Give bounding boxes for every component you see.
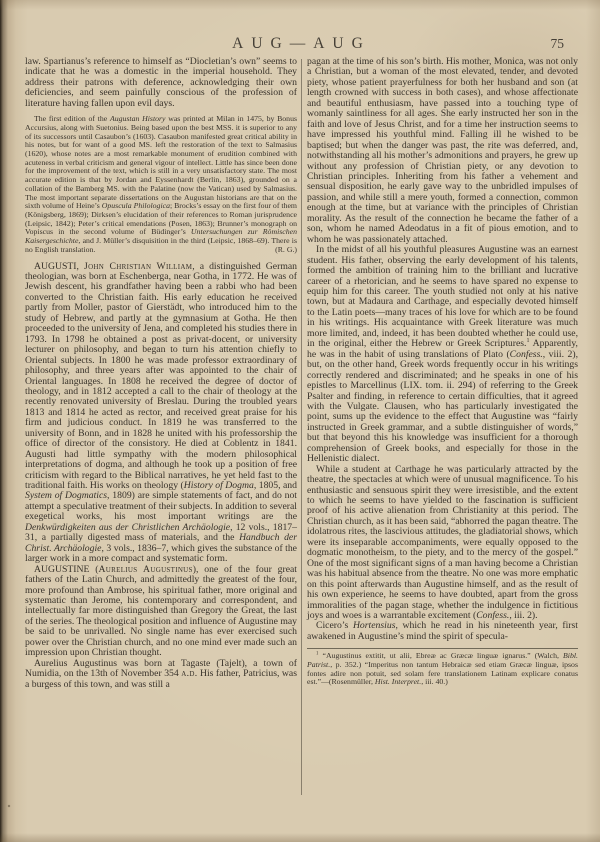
- encyclopedia-page: AUG—AUG 75 law. Spartianus’s reference t…: [0, 0, 600, 842]
- theatre-paragraph: While a student at Carthage he was parti…: [307, 465, 578, 622]
- augustine-entry-paragraph: AUGUSTINE (Aurelius Augustinus), one of …: [25, 565, 297, 659]
- augustan-history-bibliography-paragraph: The first edition of the Augustan Histor…: [25, 115, 297, 254]
- footnote-paragraph: 1 “Augustinus extitit, ut alii, Ebreæ ac…: [307, 652, 578, 687]
- monica-paragraph: pagan at the time of his son’s birth. Hi…: [307, 57, 578, 245]
- augustine-birth-paragraph: Aurelius Augustinus was born at Tagaste …: [25, 659, 297, 690]
- left-column: law. Spartianus’s reference to himself a…: [25, 57, 297, 690]
- hortensius-paragraph: Cicero’s Hortensius, which he read in hi…: [307, 621, 578, 642]
- running-head: AUG—AUG 75: [25, 35, 578, 55]
- page-header-title: AUG—AUG: [25, 35, 578, 53]
- augustan-history-continuation-paragraph: law. Spartianus’s reference to himself a…: [25, 57, 297, 109]
- student-paragraph: In the midst of all his youthful pleasur…: [307, 245, 578, 465]
- page-number: 75: [551, 36, 565, 52]
- column-divider-rule: [301, 59, 302, 795]
- right-column: pagan at the time of his son’s birth. Hi…: [307, 57, 578, 687]
- augusti-entry-paragraph: AUGUSTI, John Christian William, a disti…: [25, 262, 297, 565]
- text-columns: law. Spartianus’s reference to himself a…: [25, 57, 578, 795]
- footnote-separator-rule: [307, 648, 578, 649]
